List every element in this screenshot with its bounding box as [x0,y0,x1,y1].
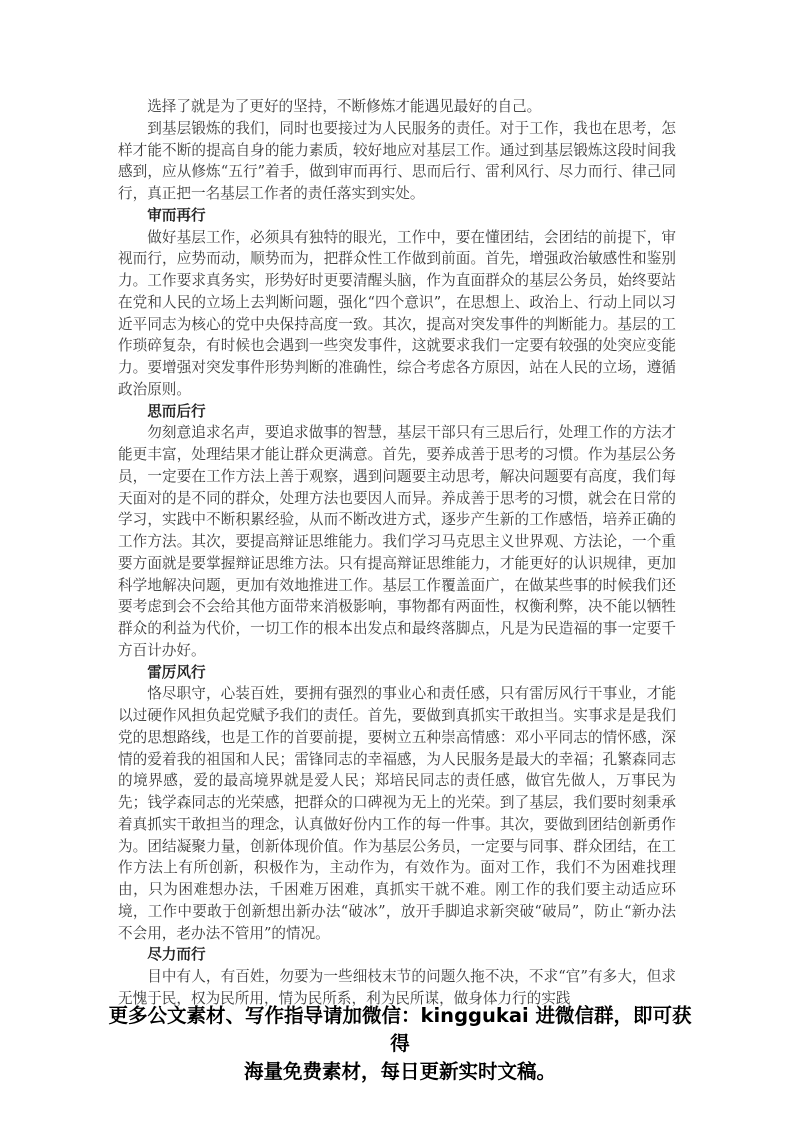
paragraph-intro: 选择了就是为了更好的坚持，不断修炼才能遇见最好的自己。 [118,96,676,118]
section-heading-jin-li-er-xing: 尽力而行 [118,944,676,966]
section-heading-si-er-hou-xing: 思而后行 [118,401,676,423]
document-body: 选择了就是为了更好的坚持，不断修炼才能遇见最好的自己。 到基层锻炼的我们，同时也… [118,96,676,1010]
section-heading-shen-er-zai-xing: 审而再行 [118,205,676,227]
paragraph-section-1: 做好基层工作，必须具有独特的眼光，工作中，要在懂团结，会团结的前提下，审视而行，… [118,227,676,401]
section-heading-lei-li-feng-xing: 雷厉风行 [118,662,676,684]
promo-footer: 更多公文素材、写作指导请加微信：kinggukai 进微信群，即可获得 海量免费… [100,1002,700,1086]
paragraph-section-3: 恪尽职守，心装百姓，要拥有强烈的事业心和责任感，只有雷厉风行干事业，才能以过硬作… [118,683,676,944]
promo-footer-line-1: 更多公文素材、写作指导请加微信：kinggukai 进微信群，即可获得 [100,1002,700,1058]
paragraph-section-2: 勿刻意追求名声，要追求做事的智慧，基层干部只有三思后行，处理工作的方法才能更丰富… [118,422,676,661]
promo-footer-line-2: 海量免费素材，每日更新实时文稿。 [100,1058,700,1086]
paragraph-overview: 到基层锻炼的我们，同时也要接过为人民服务的责任。对于工作，我也在思考，怎样才能不… [118,118,676,205]
